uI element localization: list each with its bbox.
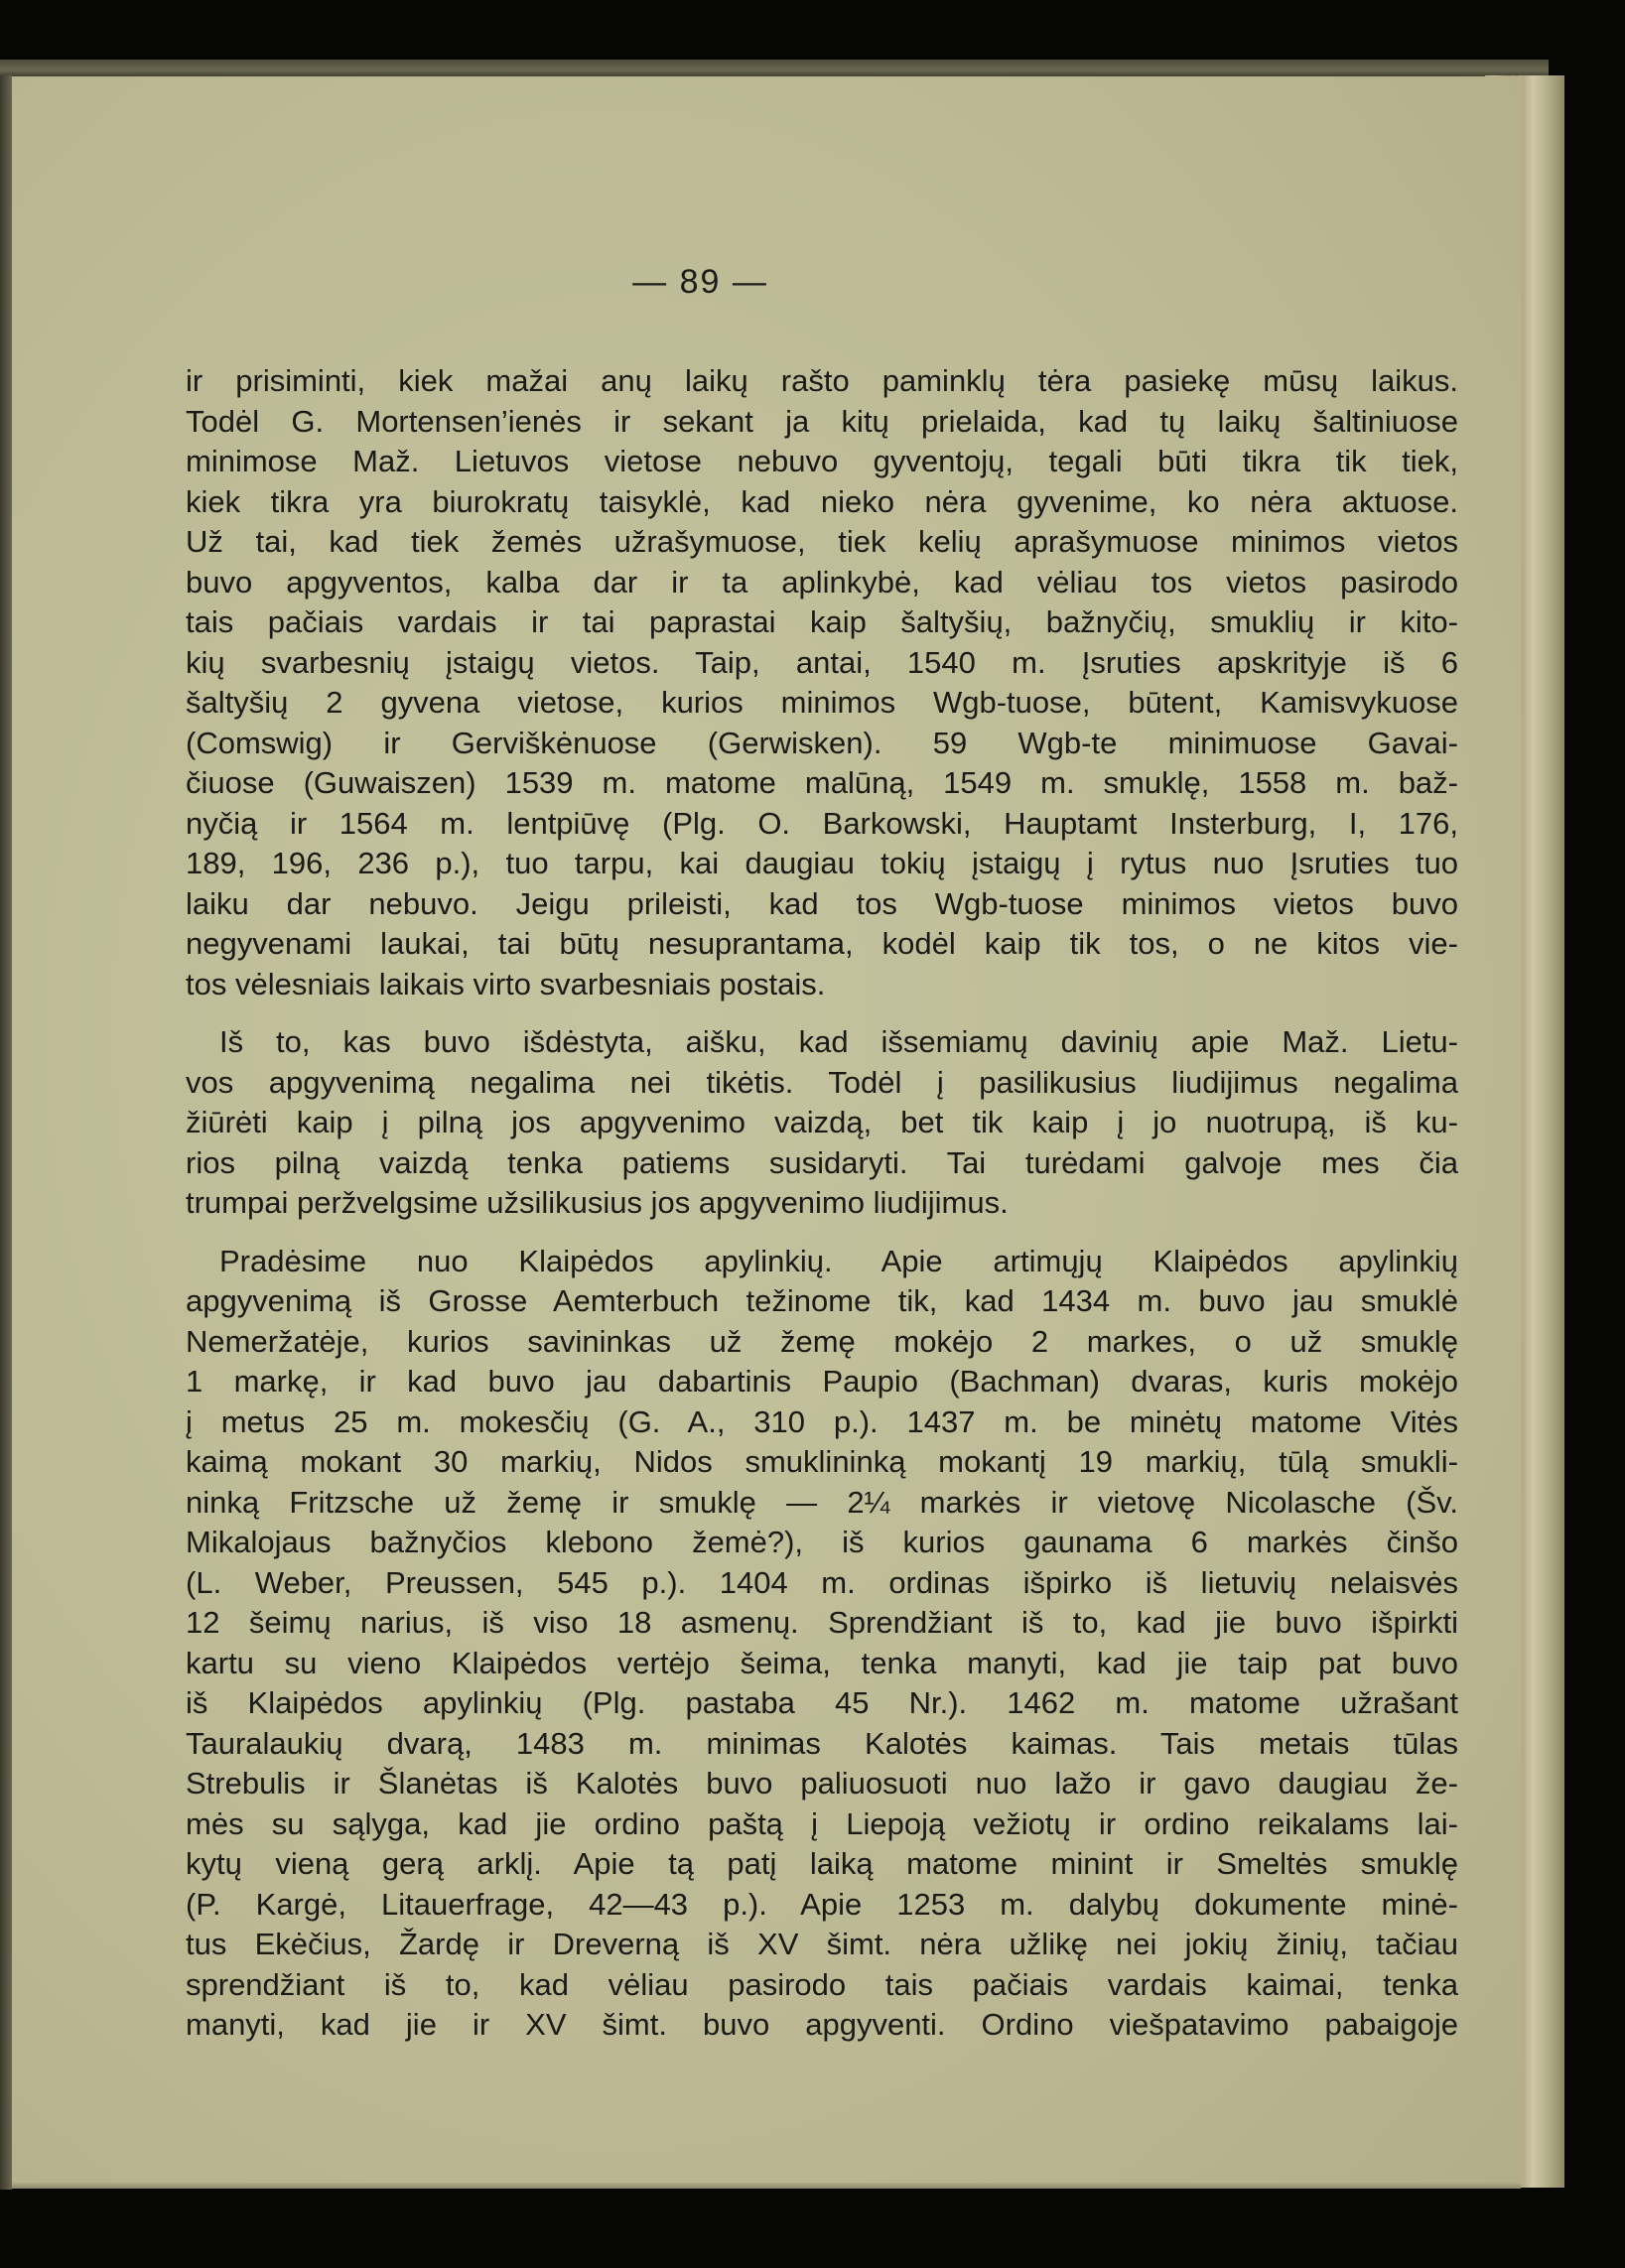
book-page: — 89 — ir prisiminti, kiek mažai anų lai… (12, 76, 1521, 2189)
text-line: mės su sąlyga, kad jie ordino paštą į Li… (186, 1804, 1458, 1845)
text-line: tais pačiais vardais ir tai paprastai ka… (186, 602, 1458, 643)
text-line: 189, 196, 236 p.), tuo tarpu, kai daugia… (186, 844, 1458, 884)
text-line: apgyvenimą iš Grosse Aemterbuch težinome… (186, 1281, 1458, 1322)
text-line: (L. Weber, Preussen, 545 p.). 1404 m. or… (186, 1563, 1458, 1604)
paragraph-2: Iš to, kas buvo išdėstyta, aišku, kad iš… (186, 1022, 1458, 1224)
book-top-edge (0, 60, 1549, 77)
text-line: Už tai, kad tiek žemės užrašymuose, tiek… (186, 522, 1458, 563)
text-line: žiūrėti kaip į pilną jos apgyvenimo vaiz… (186, 1103, 1458, 1143)
text-line: tus Ekėčius, Žardę ir Dreverną iš XV šim… (186, 1925, 1458, 1965)
text-line: iš Klaipėdos apylinkių (Plg. pastaba 45 … (186, 1683, 1458, 1724)
text-line: kaimą mokant 30 markių, Nidos smuklinink… (186, 1442, 1458, 1483)
text-line: (P. Kargė, Litauerfrage, 42—43 p.). Apie… (186, 1885, 1458, 1926)
text-line: Pradėsime nuo Klaipėdos apylinkių. Apie … (186, 1242, 1458, 1282)
text-line: 1 markę, ir kad buvo jau dabartinis Paup… (186, 1362, 1458, 1402)
text-line: kartu su vieno Klaipėdos vertėjo šeima, … (186, 1644, 1458, 1684)
text-line: Strebulis ir Šlanėtas iš Kalotės buvo pa… (186, 1764, 1458, 1804)
text-line: kiek tikra yra biurokratų taisyklė, kad … (186, 482, 1458, 523)
text-line: 12 šeimų narius, iš viso 18 asmenų. Spre… (186, 1603, 1458, 1644)
paragraph-3: Pradėsime nuo Klaipėdos apylinkių. Apie … (186, 1242, 1458, 2046)
text-line: buvo apgyventos, kalba dar ir ta aplinky… (186, 563, 1458, 603)
text-line: kių svarbesnių įstaigų vietos. Taip, ant… (186, 643, 1458, 684)
text-line: vos apgyvenimą negalima nei tikėtis. Tod… (186, 1063, 1458, 1104)
body-text: ir prisiminti, kiek mažai anų laikų rašt… (186, 361, 1458, 2046)
book-left-edge (0, 75, 12, 2190)
text-line: sprendžiant iš to, kad vėliau pasirodo t… (186, 1965, 1458, 2006)
text-line: Nemeržatėje, kurios savininkas už žemę m… (186, 1322, 1458, 1363)
text-line: į metus 25 m. mokesčių (G. A., 310 p.). … (186, 1402, 1458, 1443)
text-line: trumpai peržvelgsime užsilikusius jos ap… (186, 1183, 1458, 1224)
text-line: nyčią ir 1564 m. lentpiūvę (Plg. O. Bark… (186, 804, 1458, 845)
text-line: čiuose (Guwaiszen) 1539 m. matome malūną… (186, 763, 1458, 804)
text-line: ir prisiminti, kiek mažai anų laikų rašt… (186, 361, 1458, 402)
text-line: minimose Maž. Lietuvos vietose nebuvo gy… (186, 442, 1458, 482)
text-line: negyvenami laukai, tai būtų nesuprantama… (186, 924, 1458, 965)
text-line: Mikalojaus bažnyčios klebono žemė?), iš … (186, 1523, 1458, 1563)
page-number: — 89 — (12, 263, 1389, 302)
text-line: tos vėlesniais laikais virto svarbesniai… (186, 965, 1458, 1005)
text-line: Iš to, kas buvo išdėstyta, aišku, kad iš… (186, 1022, 1458, 1063)
text-line: rios pilną vaizdą tenka patiems susidary… (186, 1143, 1458, 1184)
text-line: manyti, kad jie ir XV šimt. buvo apgyven… (186, 2005, 1458, 2046)
paragraph-1: ir prisiminti, kiek mažai anų laikų rašt… (186, 361, 1458, 1004)
text-line: laiku dar nebuvo. Jeigu prileisti, kad t… (186, 884, 1458, 925)
text-line: šaltyšių 2 gyvena vietose, kurios minimo… (186, 683, 1458, 724)
text-line: (Comswig) ir Gerviškėnuose (Gerwisken). … (186, 724, 1458, 764)
text-line: kytų vieną gerą arklį. Apie tą patį laik… (186, 1844, 1458, 1885)
text-line: Todėl G. Mortensen’ienės ir sekant ja ki… (186, 402, 1458, 443)
text-line: ninką Fritzsche už žemę ir smuklę — 2¼ m… (186, 1483, 1458, 1524)
text-line: Tauralaukių dvarą, 1483 m. minimas Kalot… (186, 1724, 1458, 1765)
